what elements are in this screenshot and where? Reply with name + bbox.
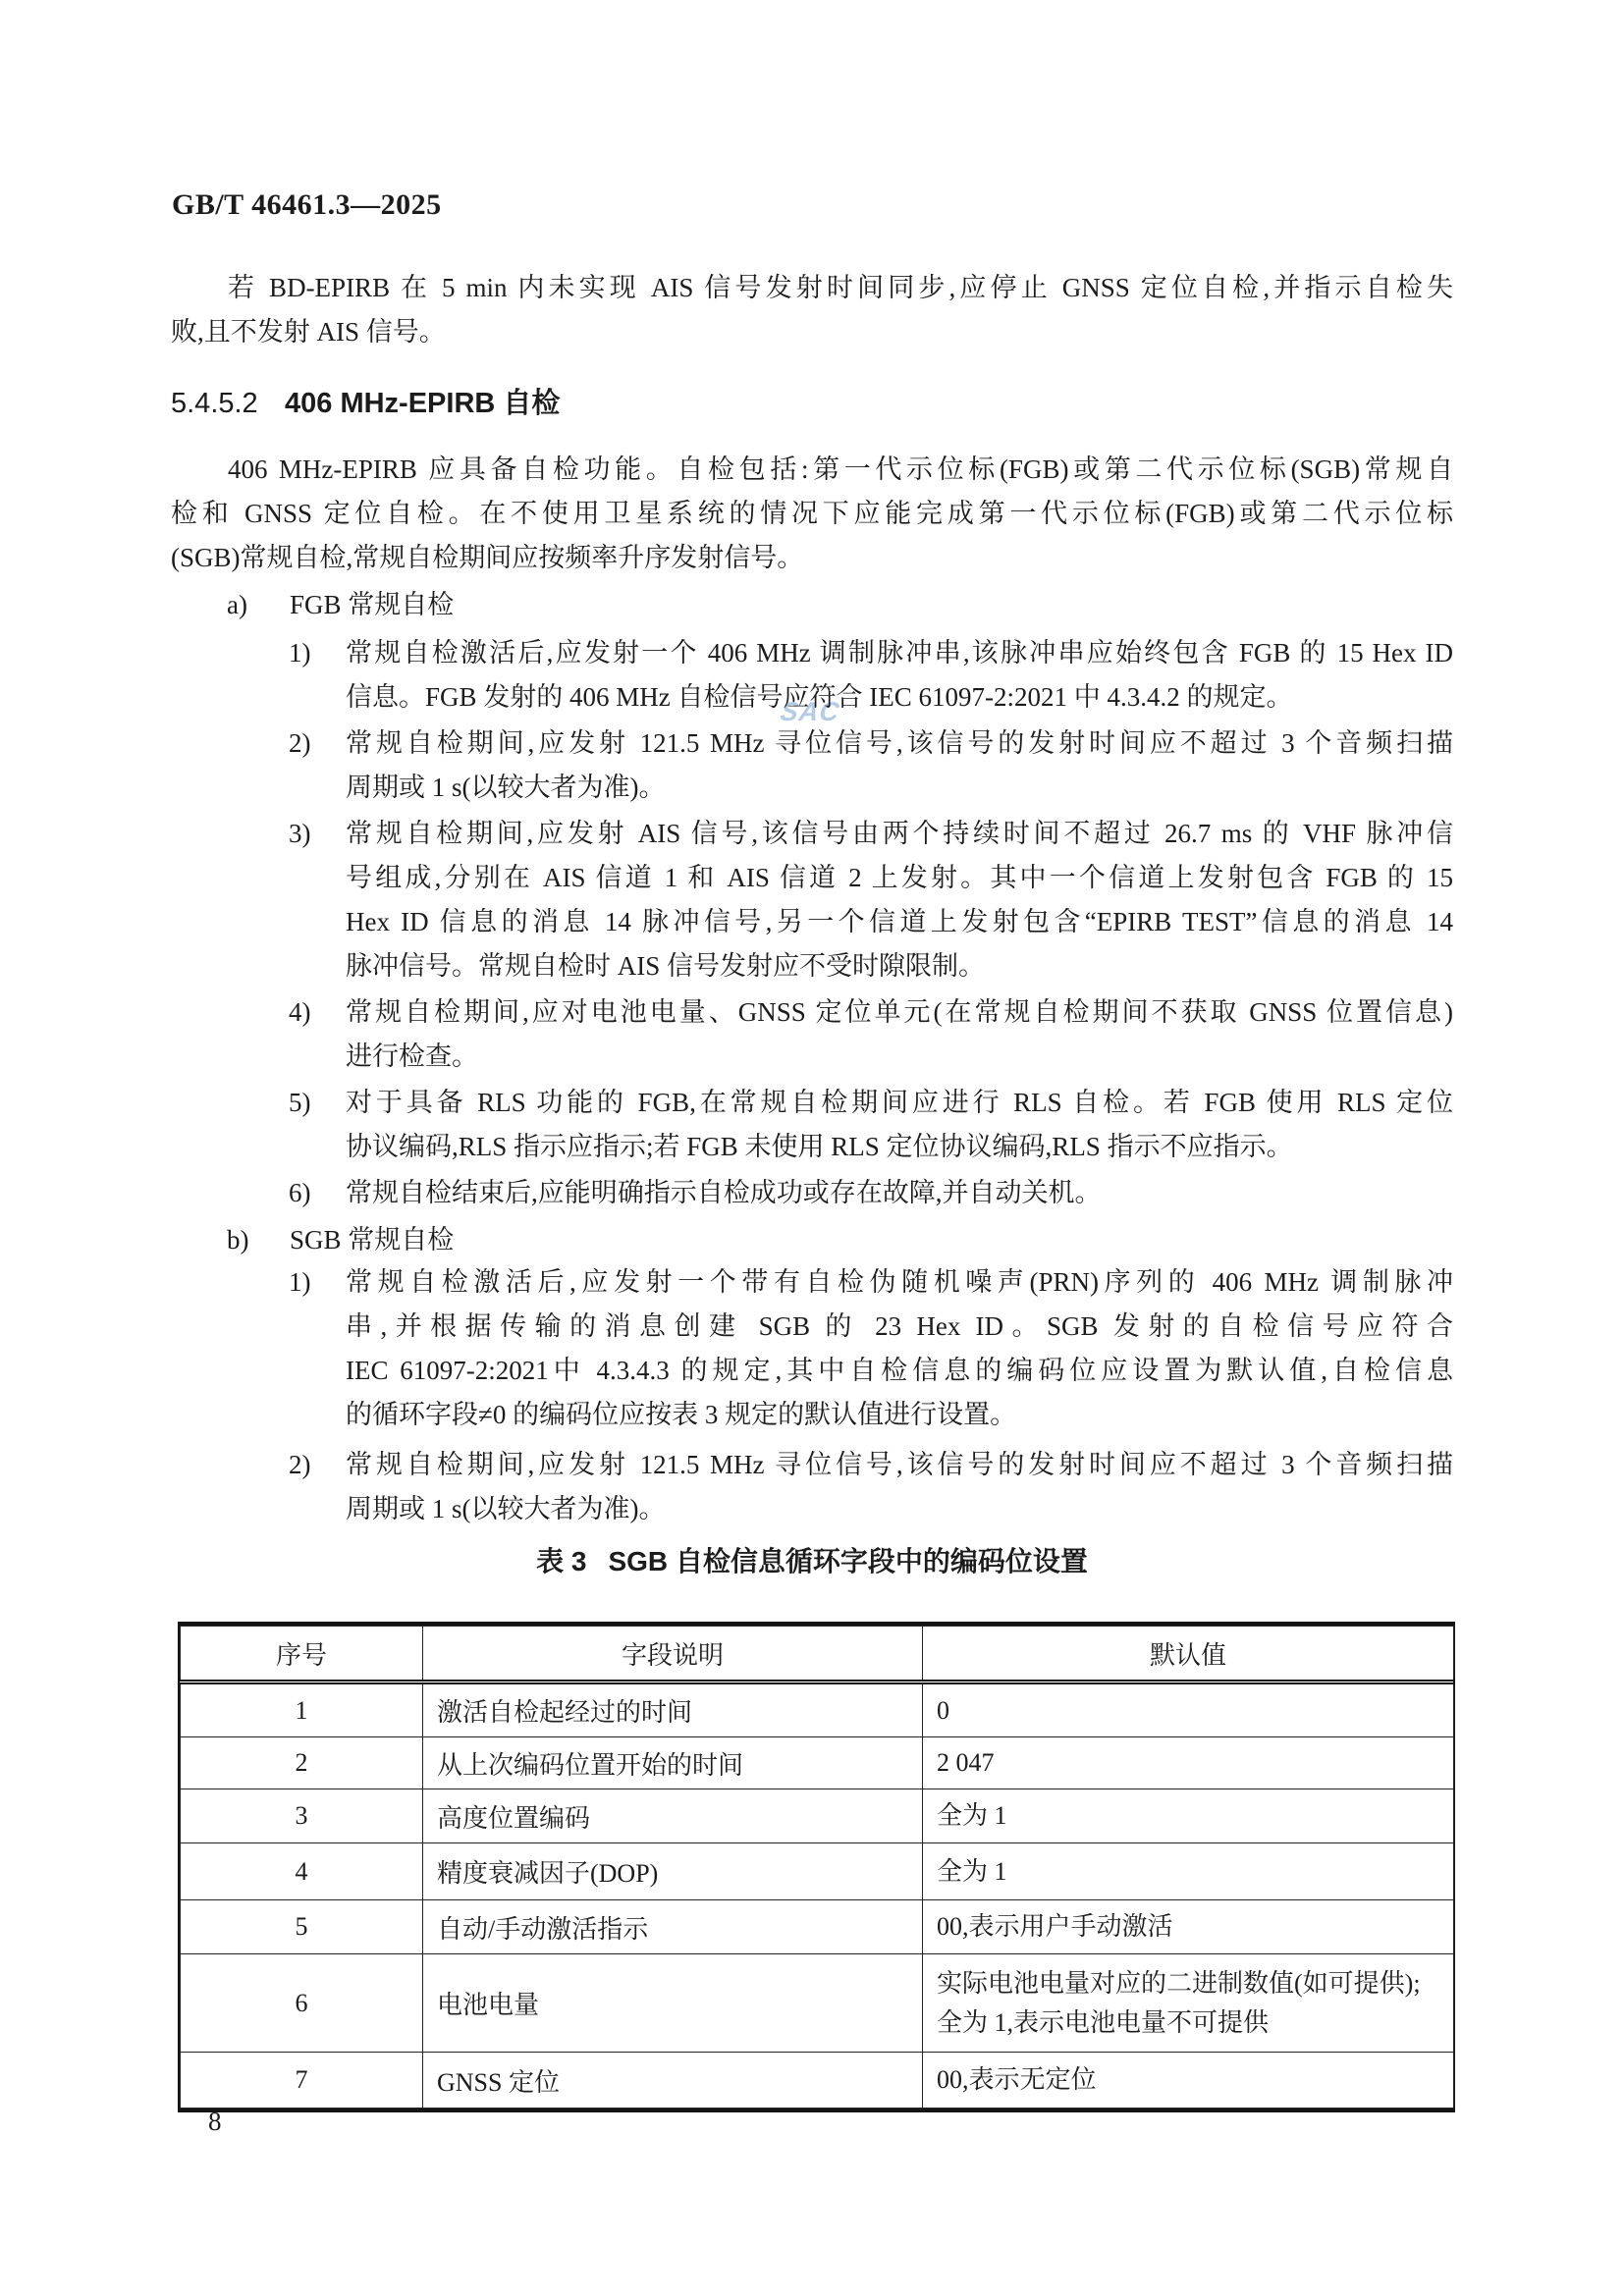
cell-no: 6 [181,1954,423,2053]
table-header-row: 序号 字段说明 默认值 [181,1627,1454,1682]
list-item-number: 4) [289,990,311,1035]
list-item: 6)常规自检结束后,应能明确指示自检成功或存在故障,并自动关机。 [289,1171,1453,1215]
cell-value-line: 00,表示用户手动激活 [937,1907,1443,1947]
text-line: 常规自检期间,应对电池电量、GNSS 定位单元(在常规自检期间不获取 GNSS … [346,990,1453,1035]
cell-no: 5 [181,1900,423,1954]
list-a-header: a)FGB 常规自检 [227,583,454,627]
table-row: 6电池电量实际电池电量对应的二进制数值(如可提供);全为 1,表示电池电量不可提… [181,1954,1454,2053]
cell-value-line: 全为 1 [937,1852,1443,1892]
list-item-text: 常规自检期间,应发射 121.5 MHz 寻位信号,该信号的发射时间应不超过 3… [346,721,1453,810]
text-line: 周期或 1 s(以较大者为准)。 [346,1487,1453,1531]
cell-no: 1 [181,1682,423,1737]
section-title: 406 MHz-EPIRB 自检 [285,388,560,419]
cell-value-line: 全为 1 [937,1796,1443,1836]
cell-value-line: 0 [937,1691,1443,1731]
cell-default-value: 2 047 [923,1737,1454,1789]
cell-no: 4 [181,1843,423,1900]
cell-no: 2 [181,1737,423,1789]
list-item-number: 1) [289,1260,311,1305]
document-code: GB/T 46461.3—2025 [172,188,442,222]
column-header-field: 字段说明 [423,1627,923,1682]
section-heading: 5.4.5.2406 MHz-EPIRB 自检 [171,384,1453,423]
text-line: 常规自检期间,应发射 121.5 MHz 寻位信号,该信号的发射时间应不超过 3… [346,1443,1453,1487]
text-line: 周期或 1 s(以较大者为准)。 [346,766,1453,810]
text-line: 串,并根据传输的消息创建 SGB 的 23 Hex ID。SGB 发射的自检信号… [346,1305,1453,1349]
cell-default-value: 全为 1 [923,1843,1454,1900]
list-item: 2)常规自检期间,应发射 121.5 MHz 寻位信号,该信号的发射时间应不超过… [289,1443,1453,1531]
text-line: 协议编码,RLS 指示应指示;若 FGB 未使用 RLS 定位协议编码,RLS … [346,1125,1453,1169]
text-line: 406 MHz-EPIRB 应具备自检功能。自检包括:第一代示位标(FGB)或第… [171,448,1453,492]
text-line: 检和 GNSS 定位自检。在不使用卫星系统的情况下应能完成第一代示位标(FGB)… [171,492,1453,536]
text-line: 常规自检期间,应发射 AIS 信号,该信号由两个持续时间不超过 26.7 ms … [346,812,1453,856]
text-line: 号组成,分别在 AIS 信道 1 和 AIS 信道 2 上发射。其中一个信道上发… [346,856,1453,900]
text-line: (SGB)常规自检,常规自检期间应按频率升序发射信号。 [171,536,1453,580]
cell-default-value: 00,表示无定位 [923,2053,1454,2109]
text-line: 若 BD-EPIRB 在 5 min 内未实现 AIS 信号发射时间同步,应停止… [171,266,1453,310]
list-item-text: 常规自检期间,应发射 121.5 MHz 寻位信号,该信号的发射时间应不超过 3… [346,1443,1453,1531]
text-line: 对于具备 RLS 功能的 FGB,在常规自检期间应进行 RLS 自检。若 FGB… [346,1081,1453,1125]
list-item: 4)常规自检期间,应对电池电量、GNSS 定位单元(在常规自检期间不获取 GNS… [289,990,1453,1079]
list-item: 3)常规自检期间,应发射 AIS 信号,该信号由两个持续时间不超过 26.7 m… [289,812,1453,988]
list-item-number: 1) [289,631,311,675]
cell-field: 精度衰减因子(DOP) [423,1843,923,1900]
table-row: 1激活自检起经过的时间0 [181,1682,1454,1737]
list-item-text: 常规自检期间,应对电池电量、GNSS 定位单元(在常规自检期间不获取 GNSS … [346,990,1453,1079]
text-line: 脉冲信号。常规自检时 AIS 信号发射应不受时隙限制。 [346,944,1453,988]
cell-field: 高度位置编码 [423,1789,923,1843]
text-line: IEC 61097-2:2021中 4.3.4.3 的规定,其中自检信息的编码位… [346,1349,1453,1393]
text-line: 进行检查。 [346,1035,1453,1079]
list-item-text: 常规自检期间,应发射 AIS 信号,该信号由两个持续时间不超过 26.7 ms … [346,812,1453,988]
cell-default-value: 实际电池电量对应的二进制数值(如可提供);全为 1,表示电池电量不可提供 [923,1954,1454,2053]
list-item-text: 常规自检激活后,应发射一个 406 MHz 调制脉冲串,该脉冲串应始终包含 FG… [346,631,1453,720]
cell-field: 自动/手动激活指示 [423,1900,923,1954]
table-caption-number: 表 3 [536,1546,586,1576]
cell-default-value: 全为 1 [923,1789,1454,1843]
text-line: 的循环字段≠0 的编码位应按表 3 规定的默认值进行设置。 [346,1393,1453,1437]
text-line: 信息。FGB 发射的 406 MHz 自检信号应符合 IEC 61097-2:2… [346,675,1453,720]
table-row: 2从上次编码位置开始的时间2 047 [181,1737,1454,1789]
text-line: 常规自检激活后,应发射一个 406 MHz 调制脉冲串,该脉冲串应始终包含 FG… [346,631,1453,675]
list-item-number: 6) [289,1171,311,1215]
list-item-text: 常规自检结束后,应能明确指示自检成功或存在故障,并自动关机。 [346,1171,1453,1215]
section-number: 5.4.5.2 [171,384,285,423]
list-item-number: 3) [289,812,311,856]
cell-field: 从上次编码位置开始的时间 [423,1737,923,1789]
cell-value-line: 全为 1,表示电池电量不可提供 [937,2003,1443,2043]
table-3: 序号 字段说明 默认值 1激活自检起经过的时间02从上次编码位置开始的时间2 0… [178,1622,1455,2112]
list-item-number: 2) [289,1443,311,1487]
text-line: 常规自检激活后,应发射一个带有自检伪随机噪声(PRN)序列的 406 MHz 调… [346,1260,1453,1305]
cell-field: 激活自检起经过的时间 [423,1682,923,1737]
list-a-title: FGB 常规自检 [290,590,454,619]
list-b-items: 1)常规自检激活后,应发射一个带有自检伪随机噪声(PRN)序列的 406 MHz… [289,1260,1453,1531]
list-b-header: b)SGB 常规自检 [227,1218,454,1262]
text-line: 败,且不发射 AIS 信号。 [171,310,1453,354]
column-header-no: 序号 [181,1627,423,1682]
cell-value-line: 00,表示无定位 [937,2060,1443,2100]
list-item: 5)对于具备 RLS 功能的 FGB,在常规自检期间应进行 RLS 自检。若 F… [289,1081,1453,1169]
table-row: 4精度衰减因子(DOP)全为 1 [181,1843,1454,1900]
section-paragraph: 406 MHz-EPIRB 应具备自检功能。自检包括:第一代示位标(FGB)或第… [171,448,1453,580]
list-item-text: 对于具备 RLS 功能的 FGB,在常规自检期间应进行 RLS 自检。若 FGB… [346,1081,1453,1169]
cell-value-line: 实际电池电量对应的二进制数值(如可提供); [937,1964,1443,2003]
cell-no: 7 [181,2053,423,2109]
cell-field: 电池电量 [423,1954,923,2053]
list-a-label: a) [227,583,290,627]
page-number: 8 [208,2107,222,2136]
list-item: 2)常规自检期间,应发射 121.5 MHz 寻位信号,该信号的发射时间应不超过… [289,721,1453,810]
cell-field: GNSS 定位 [423,2053,923,2109]
cell-default-value: 0 [923,1682,1454,1737]
cell-no: 3 [181,1789,423,1843]
list-b-title: SGB 常规自检 [290,1225,454,1255]
text-line: 常规自检结束后,应能明确指示自检成功或存在故障,并自动关机。 [346,1171,1453,1215]
text-line: 常规自检期间,应发射 121.5 MHz 寻位信号,该信号的发射时间应不超过 3… [346,721,1453,766]
intro-paragraph: 若 BD-EPIRB 在 5 min 内未实现 AIS 信号发射时间同步,应停止… [171,266,1453,354]
list-item: 1)常规自检激活后,应发射一个 406 MHz 调制脉冲串,该脉冲串应始终包含 … [289,631,1453,720]
list-item-text: 常规自检激活后,应发射一个带有自检伪随机噪声(PRN)序列的 406 MHz 调… [346,1260,1453,1437]
table-row: 3高度位置编码全为 1 [181,1789,1454,1843]
list-a-items: 1)常规自检激活后,应发射一个 406 MHz 调制脉冲串,该脉冲串应始终包含 … [289,631,1453,1215]
table-row: 7GNSS 定位00,表示无定位 [181,2053,1454,2109]
list-item-number: 2) [289,721,311,766]
cell-value-line: 2 047 [937,1743,1443,1783]
table-caption: 表 3SGB 自检信息循环字段中的编码位设置 [171,1545,1453,1578]
cell-default-value: 00,表示用户手动激活 [923,1900,1454,1954]
document-page: GB/T 46461.3—2025 SAC 若 BD-EPIRB 在 5 min… [0,0,1624,2296]
text-line: Hex ID 信息的消息 14 脉冲信号,另一个信道上发射包含“EPIRB TE… [346,900,1453,944]
list-item-number: 5) [289,1081,311,1125]
list-b-label: b) [227,1218,290,1262]
list-item: 1)常规自检激活后,应发射一个带有自检伪随机噪声(PRN)序列的 406 MHz… [289,1260,1453,1437]
table-caption-title: SGB 自检信息循环字段中的编码位设置 [608,1546,1087,1576]
column-header-default: 默认值 [923,1627,1454,1682]
table-row: 5自动/手动激活指示00,表示用户手动激活 [181,1900,1454,1954]
